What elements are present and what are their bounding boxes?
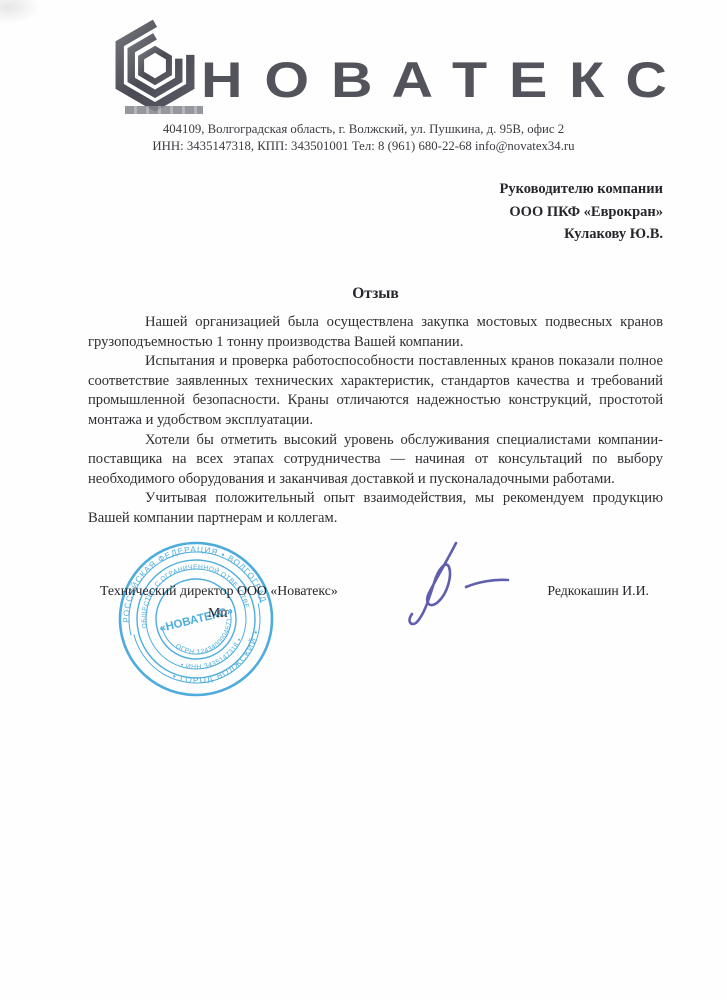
paragraph-4: Учитывая положительный опыт взаимодейств…: [88, 489, 663, 528]
logo-underline-bar: [125, 106, 203, 114]
recipient-role: Руководителю компании: [500, 178, 664, 201]
scanned-letter-page: НОВАТЕКС 404109, Волгоградская область, …: [0, 0, 727, 1000]
recipient-company: ООО ПКФ «Еврокран»: [500, 201, 664, 224]
paragraph-2: Испытания и проверка работоспособности п…: [88, 352, 663, 430]
signer-name: Редкокашин И.И.: [547, 583, 649, 599]
company-address-block: 404109, Волгоградская область, г. Волжск…: [0, 121, 727, 154]
logo-wordmark: НОВАТЕКС: [201, 54, 689, 106]
company-logo: НОВАТЕКС: [105, 14, 695, 119]
recipient-block: Руководителю компании ООО ПКФ «Еврокран»…: [500, 178, 664, 246]
scan-artifact: [0, 0, 40, 24]
paragraph-3: Хотели бы отметить высокий уровень обслу…: [88, 431, 663, 490]
handwritten-signature: [368, 537, 518, 637]
letter-body: Нашей организацией была осуществлена зак…: [88, 313, 663, 529]
hexagon-logo-icon: [105, 14, 205, 118]
signature-area: РОССИЙСКАЯ ФЕДЕРАЦИЯ • ВОЛГОГРАДСКАЯ ОБЛ…: [0, 537, 727, 747]
round-stamp: РОССИЙСКАЯ ФЕДЕРАЦИЯ • ВОЛГОГРАДСКАЯ ОБЛ…: [116, 539, 276, 699]
address-line-2: ИНН: 3435147318, КПП: 343501001 Тел: 8 (…: [0, 138, 727, 155]
recipient-person: Кулакову Ю.В.: [500, 223, 664, 246]
paragraph-1: Нашей организацией была осуществлена зак…: [88, 313, 663, 352]
document-title: Отзыв: [88, 285, 663, 303]
address-line-1: 404109, Волгоградская область, г. Волжск…: [0, 121, 727, 138]
stamp-place-label: Мп: [208, 605, 228, 621]
signer-position-label: Технический директор ООО «Новатекс»: [100, 583, 338, 599]
